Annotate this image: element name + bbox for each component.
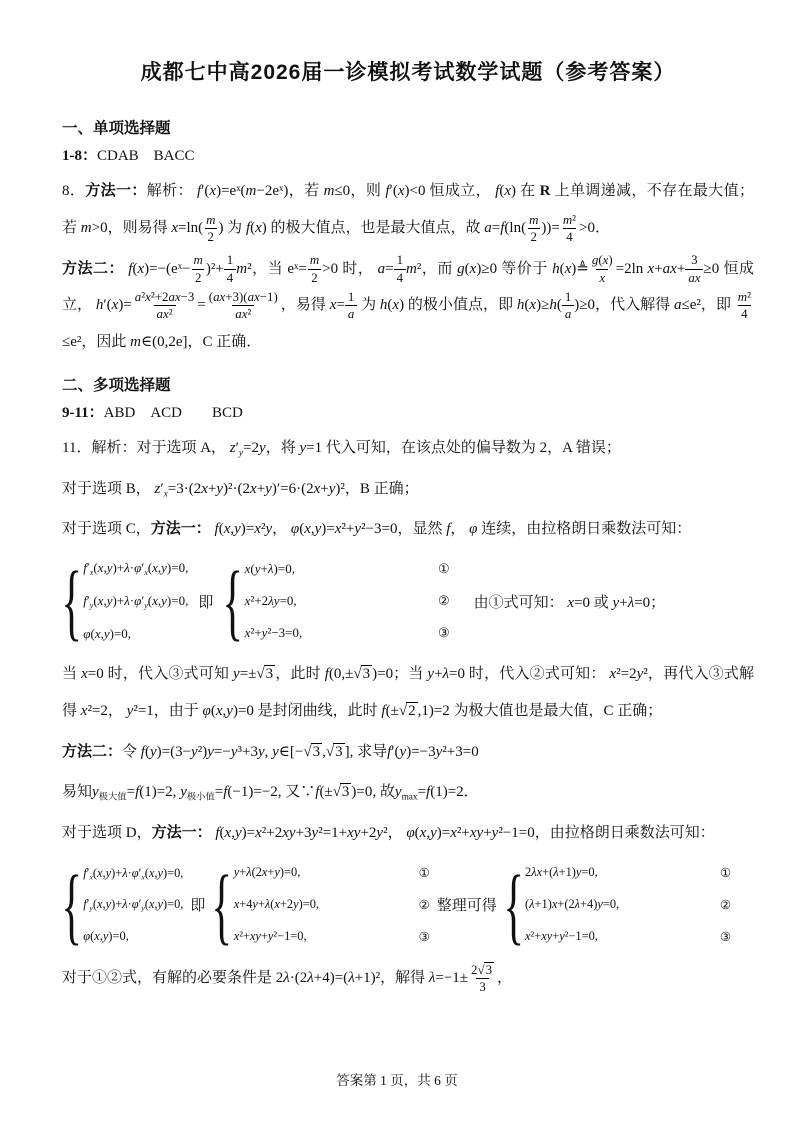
- para-q8-method2: 方法二： f(x)=−(eˣ−m2)²+14m²，当 eˣ=m2>0 时， a=…: [62, 251, 754, 361]
- answer-letters: CDAB BACC: [97, 148, 195, 164]
- connector-word: 整理可得: [437, 894, 497, 915]
- system-conclusion: 由①式可知： x=0 或 y+λ=0；: [474, 591, 666, 612]
- equation-number: ①: [419, 865, 430, 881]
- solution-text: f(x,y)=x²y， φ(x,y)=x²+y²−3=0，显然 f， φ 连续，…: [211, 521, 691, 537]
- item-number: 8．: [62, 183, 85, 199]
- connector-word: 即: [198, 591, 213, 612]
- solution-text: f(x,y)=x²+2xy+3y²=1+xy+2y²， φ(x,y)=x²+xy…: [212, 825, 715, 841]
- solution-text: 当 x=0 时，代入③式可知 y=±√3，此时 f(0,±√3)=0；当 y+λ…: [62, 666, 754, 719]
- equation-line: x²+2λy=0,②: [245, 593, 450, 609]
- solution-text: 令 f(y)=(3−y²)y=−y³+3y, y∈[−√3,√3], 求导f′(…: [122, 744, 479, 760]
- equation-line: x²+y²−3=0,③: [245, 625, 450, 641]
- equation-number: ①: [720, 865, 731, 881]
- connector-word: 即: [190, 894, 205, 915]
- equation-line: x²+xy+y²−1=0,③: [525, 929, 731, 945]
- lagrange-system-group: f′x(x,y)+λ·φ′x(x,y)=0, f′y(x,y)+λ·φ′y(x,…: [62, 862, 183, 948]
- method-label: 方法一：: [151, 520, 211, 537]
- para-q11-option-a: 11．解析：对于选项 A， z′y=2y，将 y=1 代入可知，在该点处的偏导数…: [62, 430, 754, 467]
- para-q11-option-b: 对于选项 B， z′x=3·(2x+y)²·(2x+y)′=6·(2x+y)²，…: [62, 471, 754, 508]
- document-page: 成都七中高2026届一诊模拟考试数学试题（参考答案） 一、单项选择题 1-8：C…: [0, 0, 794, 1123]
- para-q11-option-c: 对于选项 C，方法一： f(x,y)=x²y， φ(x,y)=x²+y²−3=0…: [62, 511, 754, 548]
- solution-text: 易知y极大值=f(1)=2, y极小值=f(−1)=−2, 又∵f(±√3)=0…: [62, 784, 479, 800]
- equation-line: x+4y+λ(x+2y)=0,②: [234, 897, 430, 913]
- para-q11-conclusion: 对于①②式，有解的必要条件是 2λ·(2λ+4)=(λ+1)²，解得 λ=−1±…: [62, 960, 754, 997]
- equation-number: ②: [438, 593, 450, 609]
- answers-1-8: 1-8：CDAB BACC: [62, 144, 754, 165]
- equation-line: f′y(x,y)+λ·φ′y(x,y)=0,: [83, 593, 188, 610]
- equation-line: y+λ(2x+y)=0,①: [234, 865, 430, 881]
- equation-number: ②: [419, 897, 430, 913]
- option-label: 对于选项 C，: [62, 521, 151, 537]
- solution-text: f(x)=−(eˣ−m2)²+14m²，当 eˣ=m2>0 时， a=14m²，…: [62, 261, 754, 351]
- equation-system-1: f′x(x,y)+λ·φ′x(x,y)=0, f′y(x,y)+λ·φ′y(x,…: [62, 558, 754, 644]
- method-label: 方法二：: [62, 260, 124, 277]
- equation-line: x²+xy+y²−1=0,③: [234, 929, 430, 945]
- equation-number: ③: [419, 929, 430, 945]
- equation-line: 2λx+(λ+1)y=0,①: [525, 865, 731, 881]
- equation-number: ②: [720, 897, 731, 913]
- answers-9-11: 9-11：ABD ACD BCD: [62, 401, 754, 422]
- system-column-mid: y+λ(2x+y)=0,① x+4y+λ(x+2y)=0,② x²+xy+y²−…: [234, 865, 430, 945]
- solution-text: 解析： f′(x)=eˣ(m−2eˣ)，若 m≤0，则 f′(x)<0 恒成立，…: [62, 183, 754, 236]
- system-column-left: f′x(x,y)+λ·φ′x(x,y)=0, f′y(x,y)+λ·φ′y(x,…: [83, 866, 183, 944]
- system-column-right: 2λx+(λ+1)y=0,① (λ+1)x+(2λ+4)y=0,② x²+xy+…: [525, 865, 731, 945]
- page-footer: 答案第 1 页，共 6 页: [0, 1069, 794, 1089]
- method-label: 方法一：: [85, 182, 146, 199]
- equation-line: f′x(x,y)+λ·φ′x(x,y)=0,: [83, 560, 188, 577]
- section-1-heading: 一、单项选择题: [62, 116, 754, 138]
- equation-line: f′y(x,y)+λ·φ′y(x,y)=0,: [83, 897, 183, 913]
- lagrange-system-group: f′x(x,y)+λ·φ′x(x,y)=0, f′y(x,y)+λ·φ′y(x,…: [62, 558, 188, 644]
- simplified-system-group: 2λx+(λ+1)y=0,① (λ+1)x+(2λ+4)y=0,② x²+xy+…: [504, 862, 731, 948]
- page-title: 成都七中高2026届一诊模拟考试数学试题（参考答案）: [62, 56, 754, 86]
- equation-line: φ(x,y)=0,: [83, 626, 188, 642]
- method-label: 方法一：: [152, 824, 212, 841]
- item-number: 11．: [62, 440, 91, 456]
- equation-line: (λ+1)x+(2λ+4)y=0,②: [525, 897, 731, 913]
- system-column-mid: x(y+λ)=0,① x²+2λy=0,② x²+y²−3=0,③: [245, 561, 450, 641]
- answer-letters: ABD ACD BCD: [104, 405, 243, 421]
- para-q11-method2-cont: 易知y极大值=f(1)=2, y极小值=f(−1)=−2, 又∵f(±√3)=0…: [62, 774, 754, 811]
- equation-line: f′x(x,y)+λ·φ′x(x,y)=0,: [83, 866, 183, 882]
- equation-line: φ(x,y)=0,: [83, 929, 183, 944]
- section-2-heading: 二、多项选择题: [62, 373, 754, 395]
- answer-range-label: 1-8：: [62, 148, 97, 164]
- para-q11-method2: 方法二：令 f(y)=(3−y²)y=−y³+3y, y∈[−√3,√3], 求…: [62, 734, 754, 771]
- equation-number: ③: [438, 625, 450, 641]
- equation-number: ①: [438, 561, 450, 577]
- equation-number: ③: [720, 929, 731, 945]
- para-q11-option-d: 对于选项 D，方法一： f(x,y)=x²+2xy+3y²=1+xy+2y²， …: [62, 815, 754, 852]
- reduced-system-group: x(y+λ)=0,① x²+2λy=0,② x²+y²−3=0,③: [223, 558, 449, 644]
- solution-text: 对于选项 B， z′x=3·(2x+y)²·(2x+y)′=6·(2x+y)²，…: [62, 481, 419, 497]
- solution-text: 对于①②式，有解的必要条件是 2λ·(2λ+4)=(λ+1)²，解得 λ=−1±…: [62, 970, 512, 986]
- system-column-left: f′x(x,y)+λ·φ′x(x,y)=0, f′y(x,y)+λ·φ′y(x,…: [83, 560, 188, 642]
- equation-system-2: f′x(x,y)+λ·φ′x(x,y)=0, f′y(x,y)+λ·φ′y(x,…: [62, 862, 754, 948]
- answer-range-label: 9-11：: [62, 405, 104, 421]
- para-q8-method1: 8．方法一：解析： f′(x)=eˣ(m−2eˣ)，若 m≤0，则 f′(x)<…: [62, 173, 754, 247]
- method-label: 方法二：: [62, 743, 122, 760]
- para-q11-option-c-cont: 当 x=0 时，代入③式可知 y=±√3，此时 f(0,±√3)=0；当 y+λ…: [62, 656, 754, 730]
- expanded-system-group: y+λ(2x+y)=0,① x+4y+λ(x+2y)=0,② x²+xy+y²−…: [212, 862, 429, 948]
- solution-text: 解析：对于选项 A， z′y=2y，将 y=1 代入可知，在该点处的偏导数为 2…: [91, 440, 620, 456]
- option-label: 对于选项 D，: [62, 825, 152, 841]
- equation-line: x(y+λ)=0,①: [245, 561, 450, 577]
